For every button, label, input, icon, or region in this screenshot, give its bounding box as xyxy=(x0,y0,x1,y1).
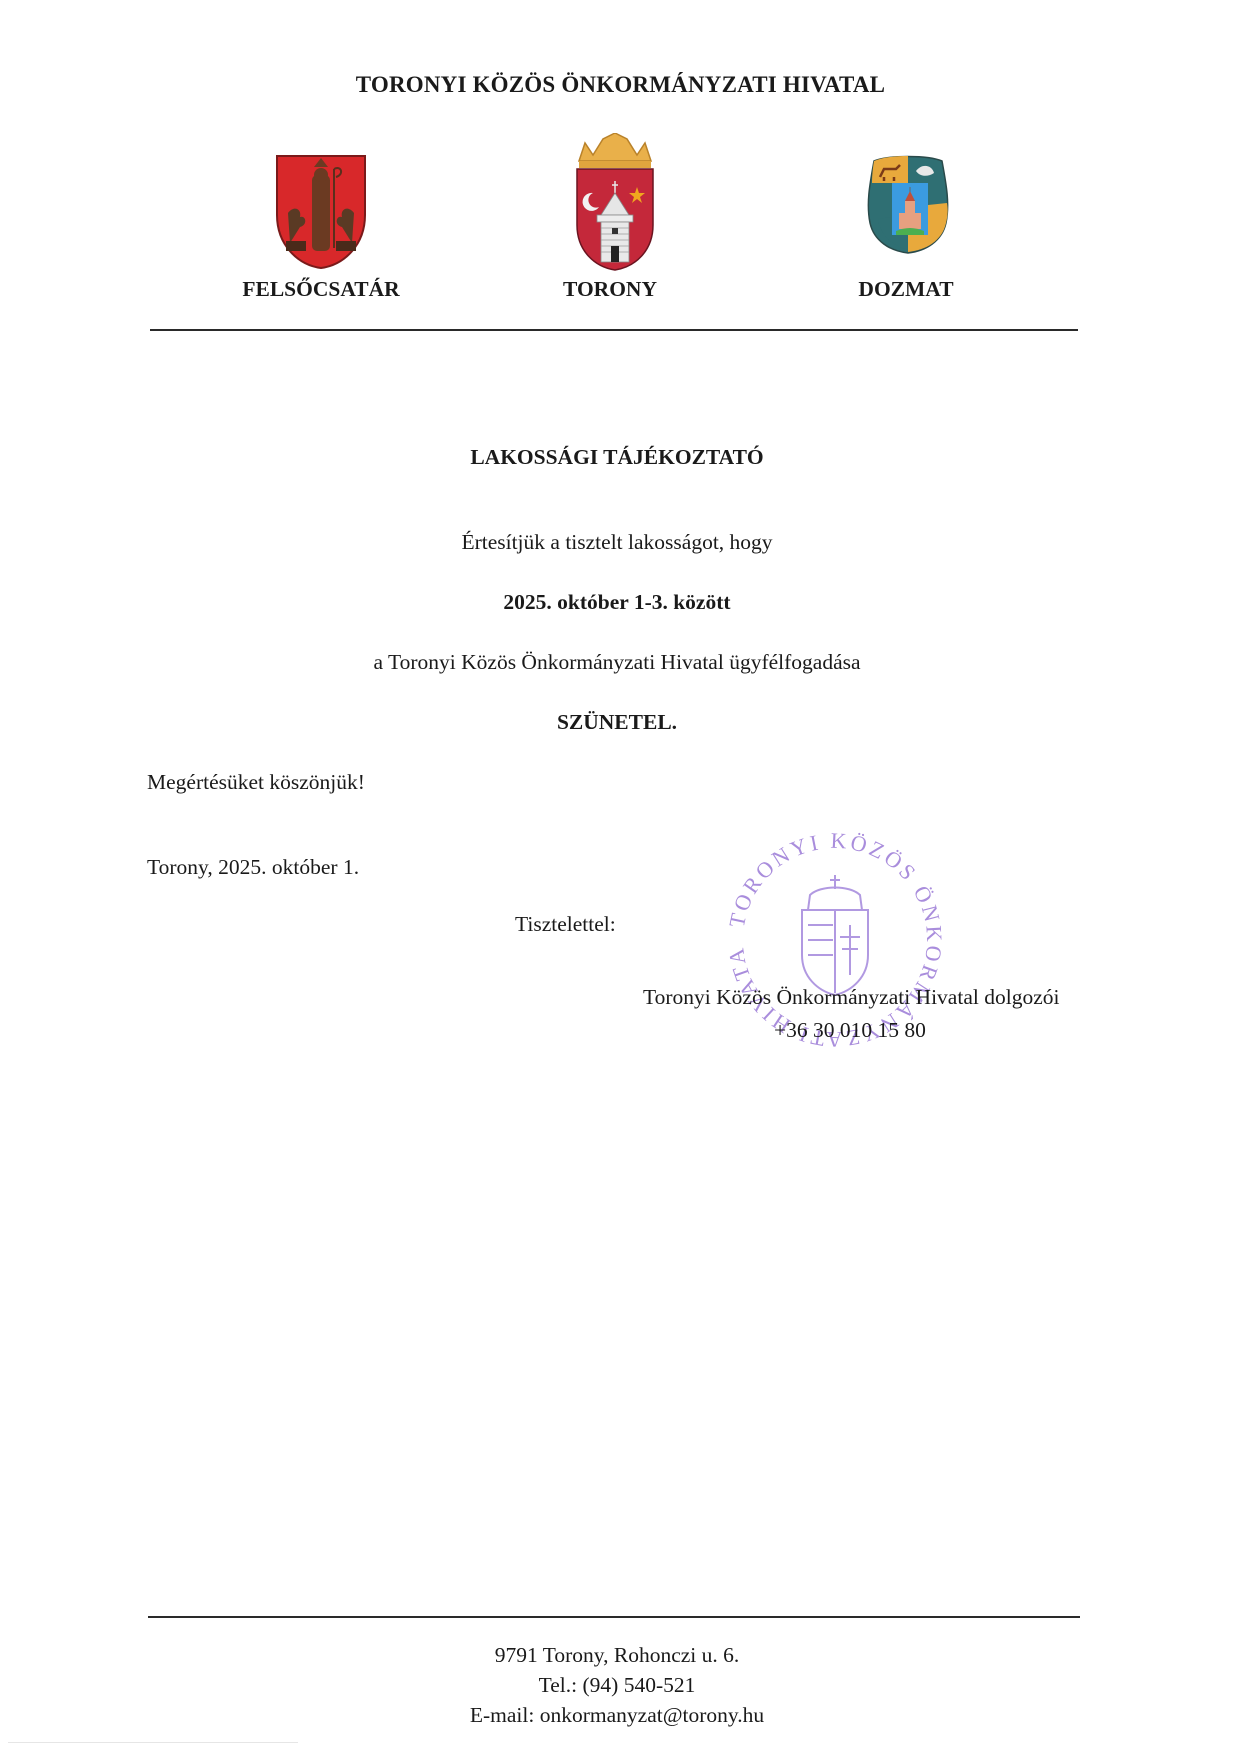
notice-subject: a Toronyi Közös Önkormányzati Hivatal üg… xyxy=(0,650,1234,675)
place-date: Torony, 2025. október 1. xyxy=(147,855,359,880)
thanks-text: Megértésüket köszönjük! xyxy=(147,770,365,795)
closing-text: Tisztelettel: xyxy=(515,912,616,937)
footer-divider xyxy=(148,1616,1080,1618)
signatory: Toronyi Közös Önkormányzati Hivatal dolg… xyxy=(643,985,1059,1010)
footer-email[interactable]: E-mail: onkormanyzat@torony.hu xyxy=(0,1703,1234,1728)
notice-intro: Értesítjük a tisztelt lakosságot, hogy xyxy=(0,530,1234,555)
notice-heading: LAKOSSÁGI TÁJÉKOZTATÓ xyxy=(0,445,1234,470)
header-divider xyxy=(150,329,1078,331)
office-title: TORONYI KÖZÖS ÖNKORMÁNYZATI HIVATAL xyxy=(0,72,1241,98)
signatory-phone: +36 30 010 15 80 xyxy=(650,1018,1050,1043)
felsocsatar-coat-of-arms-icon xyxy=(274,153,368,271)
town-label-felsocsatar: FELSŐCSATÁR xyxy=(191,277,451,302)
town-label-torony: TORONY xyxy=(480,277,740,302)
torony-coat-of-arms-icon xyxy=(573,133,657,273)
footer-address: 9791 Torony, Rohonczi u. 6. xyxy=(0,1643,1234,1668)
notice-date-range: 2025. október 1-3. között xyxy=(0,590,1234,615)
scan-artifact-line xyxy=(8,1742,298,1743)
dozmat-coat-of-arms-icon xyxy=(866,153,950,255)
notice-status: SZÜNETEL. xyxy=(0,710,1234,735)
town-label-dozmat: DOZMAT xyxy=(776,277,1036,302)
footer-phone: Tel.: (94) 540-521 xyxy=(0,1673,1234,1698)
